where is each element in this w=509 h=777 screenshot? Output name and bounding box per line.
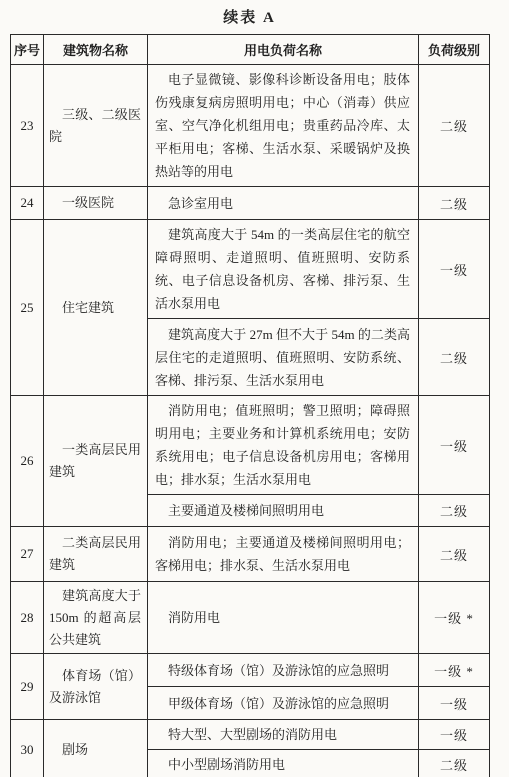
building-name-cell: 一类高层民用建筑 [44, 396, 148, 527]
serial-cell: 27 [11, 527, 44, 582]
load-cell: 特级体育场（馆）及游泳馆的应急照明 [148, 654, 419, 687]
building-name-cell: 二类高层民用建筑 [44, 527, 148, 582]
level-cell: 一级 * [419, 582, 490, 654]
building-name-cell: 剧场 [44, 720, 148, 777]
level-cell: 二级 [419, 527, 490, 582]
table-row: 23 三级、二级医院 电子显微镜、影像科诊断设备用电；肢体伤残康复病房照明用电；… [11, 65, 490, 187]
load-cell: 特大型、大型剧场的消防用电 [148, 720, 419, 750]
load-cell: 急诊室用电 [148, 187, 419, 220]
load-cell: 电子显微镜、影像科诊断设备用电；肢体伤残康复病房照明用电；中心（消毒）供应室、空… [148, 65, 419, 187]
table-row: 29 体育场（馆）及游泳馆 特级体育场（馆）及游泳馆的应急照明 一级 * [11, 654, 490, 687]
load-cell: 消防用电；值班照明；警卫照明；障碍照明用电；主要业务和计算机系统用电；安防系统用… [148, 396, 419, 495]
level-cell: 二级 [419, 750, 490, 777]
serial-cell: 24 [11, 187, 44, 220]
load-cell: 建筑高度大于 54m 的一类高层住宅的航空障碍照明、走道照明、值班照明、安防系统… [148, 220, 419, 319]
page-title: 续表 A [10, 6, 489, 27]
serial-cell: 25 [11, 220, 44, 396]
load-cell: 消防用电；主要通道及楼梯间照明用电；客梯用电；排水泵、生活水泵用电 [148, 527, 419, 582]
building-name-cell: 体育场（馆）及游泳馆 [44, 654, 148, 720]
header-load-name: 用电负荷名称 [148, 35, 419, 65]
table-header-row: 序号 建筑物名称 用电负荷名称 负荷级别 [11, 35, 490, 65]
building-name-cell: 三级、二级医院 [44, 65, 148, 187]
building-name-cell: 一级医院 [44, 187, 148, 220]
header-load-level: 负荷级别 [419, 35, 490, 65]
level-cell: 二级 [419, 65, 490, 187]
scanned-document-page: 续表 A 序号 建筑物名称 用电负荷名称 负荷级别 23 三级、二级医院 电子显… [0, 0, 509, 777]
level-cell: 一级 [419, 396, 490, 495]
load-cell: 中小型剧场消防用电 [148, 750, 419, 777]
serial-cell: 30 [11, 720, 44, 777]
level-cell: 二级 [419, 495, 490, 527]
serial-cell: 29 [11, 654, 44, 720]
level-cell: 一级 [419, 720, 490, 750]
header-serial-number: 序号 [11, 35, 44, 65]
table-row: 25 住宅建筑 建筑高度大于 54m 的一类高层住宅的航空障碍照明、走道照明、值… [11, 220, 490, 319]
level-cell: 二级 [419, 319, 490, 396]
serial-cell: 26 [11, 396, 44, 527]
serial-cell: 28 [11, 582, 44, 654]
header-building-name: 建筑物名称 [44, 35, 148, 65]
electrical-load-table: 序号 建筑物名称 用电负荷名称 负荷级别 23 三级、二级医院 电子显微镜、影像… [10, 34, 490, 777]
load-cell: 建筑高度大于 27m 但不大于 54m 的二类高层住宅的走道照明、值班照明、安防… [148, 319, 419, 396]
level-cell: 一级 * [419, 654, 490, 687]
table-row: 30 剧场 特大型、大型剧场的消防用电 一级 [11, 720, 490, 750]
load-cell: 主要通道及楼梯间照明用电 [148, 495, 419, 527]
building-name-cell: 建筑高度大于 150m 的超高层公共建筑 [44, 582, 148, 654]
table-row: 24 一级医院 急诊室用电 二级 [11, 187, 490, 220]
load-cell: 消防用电 [148, 582, 419, 654]
table-row: 28 建筑高度大于 150m 的超高层公共建筑 消防用电 一级 * [11, 582, 490, 654]
table-row: 27 二类高层民用建筑 消防用电；主要通道及楼梯间照明用电；客梯用电；排水泵、生… [11, 527, 490, 582]
level-cell: 二级 [419, 187, 490, 220]
load-cell: 甲级体育场（馆）及游泳馆的应急照明 [148, 687, 419, 720]
building-name-cell: 住宅建筑 [44, 220, 148, 396]
table-row: 26 一类高层民用建筑 消防用电；值班照明；警卫照明；障碍照明用电；主要业务和计… [11, 396, 490, 495]
serial-cell: 23 [11, 65, 44, 187]
level-cell: 一级 [419, 687, 490, 720]
level-cell: 一级 [419, 220, 490, 319]
